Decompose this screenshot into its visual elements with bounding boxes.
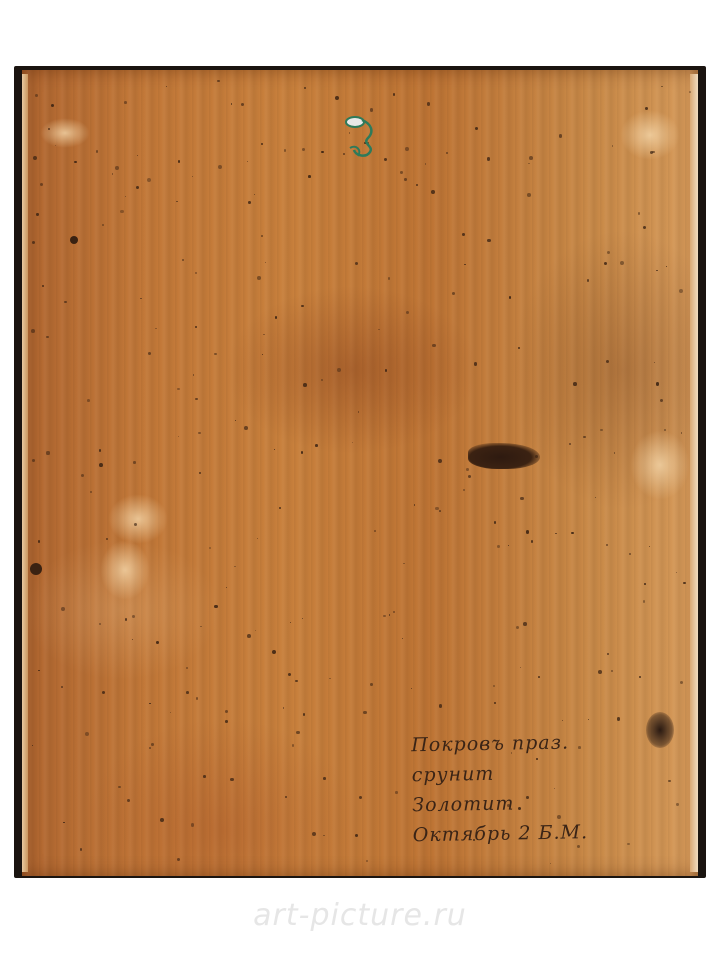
worn-patch	[630, 430, 690, 500]
wood-speck	[337, 368, 341, 372]
wood-speck	[132, 639, 133, 640]
wood-speck	[231, 103, 233, 105]
wood-speck	[555, 533, 557, 535]
wood-speck	[611, 670, 613, 672]
wood-speck	[400, 171, 402, 173]
dark-spot	[30, 563, 42, 575]
wood-speck	[312, 832, 316, 836]
wood-speck	[140, 298, 141, 299]
wood-speck	[388, 277, 390, 279]
wood-speck	[393, 93, 395, 95]
wood-speck	[374, 530, 376, 532]
wood-speck	[182, 259, 184, 261]
wood-speck	[643, 600, 645, 602]
wood-speck	[217, 80, 219, 82]
wood-speck	[308, 175, 311, 178]
wood-speck	[383, 615, 385, 617]
handwritten-inscription: Покровъ праз. срунит Золотит Октябрь 2 Б…	[411, 726, 673, 851]
wood-speck	[274, 449, 275, 450]
wood-speck	[209, 547, 211, 549]
wood-speck	[136, 186, 139, 189]
wood-speck	[689, 91, 691, 93]
wood-speck	[225, 720, 228, 723]
wood-speck	[681, 432, 683, 434]
wood-speck	[526, 530, 530, 534]
wood-speck	[466, 468, 469, 471]
worn-patch	[40, 118, 90, 148]
wood-speck	[427, 102, 430, 105]
wood-speck	[124, 101, 127, 104]
wood-speck	[214, 353, 217, 356]
wood-speck	[588, 719, 589, 720]
dark-stain	[468, 443, 540, 469]
wood-speck	[528, 163, 530, 165]
wood-speck	[115, 166, 119, 170]
wood-speck	[87, 399, 90, 402]
wood-speck	[106, 538, 108, 540]
wood-speck	[527, 193, 531, 197]
wood-speck	[404, 178, 407, 181]
wood-speck	[160, 818, 164, 822]
wood-speck	[90, 491, 92, 493]
wood-speck	[186, 667, 188, 669]
wood-speck	[523, 622, 527, 626]
wood-speck	[99, 463, 103, 467]
wood-speck	[604, 262, 607, 265]
wood-speck	[155, 328, 156, 329]
wood-speck	[80, 848, 82, 850]
wood-speck	[247, 634, 251, 638]
wood-speck	[617, 717, 621, 721]
wood-speck	[650, 151, 653, 154]
wood-speck	[529, 156, 533, 160]
wood-speck	[402, 638, 403, 639]
wood-speck	[120, 210, 123, 213]
wood-speck	[149, 703, 150, 704]
wood-speck	[452, 292, 455, 295]
wood-speck	[257, 276, 261, 280]
worn-patch	[100, 540, 150, 600]
wood-speck	[61, 607, 65, 611]
wood-speck	[46, 336, 49, 339]
wood-speck	[178, 160, 181, 163]
wood-speck	[199, 472, 200, 473]
wood-speck	[385, 369, 387, 371]
wood-speck	[248, 201, 251, 204]
panel-left-edge	[22, 74, 28, 872]
wood-speck	[61, 686, 63, 688]
wood-speck	[414, 504, 415, 505]
worn-patch	[108, 494, 168, 544]
wood-speck	[151, 743, 154, 746]
wood-speck	[32, 459, 35, 462]
inscription-line: Октябрь 2 Б.М.	[413, 816, 673, 851]
inscription-line: Золотит	[412, 786, 672, 821]
wire-hanger-icon	[340, 108, 390, 168]
wood-speck	[600, 429, 602, 431]
wood-speck	[99, 449, 101, 451]
wood-speck	[127, 799, 130, 802]
wood-speck	[315, 444, 318, 447]
wood-speck	[225, 710, 228, 713]
wood-speck	[191, 823, 194, 826]
wood-speck	[645, 107, 648, 110]
wood-speck	[177, 388, 179, 390]
wood-speck	[214, 605, 217, 608]
wood-speck	[38, 670, 39, 671]
wood-speck	[559, 134, 563, 138]
wood-speck	[355, 262, 358, 265]
wood-speck	[676, 572, 677, 573]
wood-speck	[520, 497, 523, 500]
wood-speck	[664, 429, 666, 431]
wood-speck	[196, 697, 198, 699]
wood-speck	[335, 96, 339, 100]
wood-speck	[137, 155, 138, 156]
wood-speck	[32, 241, 35, 244]
wood-speck	[203, 775, 206, 778]
wood-speck	[571, 532, 573, 534]
dark-spot	[70, 236, 78, 244]
wood-speck	[676, 803, 678, 805]
wood-speck	[46, 451, 49, 454]
wood-speck	[261, 235, 263, 237]
wood-speck	[195, 398, 197, 400]
wood-speck	[358, 411, 359, 412]
wood-speck	[355, 834, 358, 837]
wood-speck	[156, 641, 159, 644]
wood-speck	[639, 676, 641, 678]
wood-speck	[395, 791, 397, 793]
wood-speck	[638, 212, 640, 214]
wood-speck	[133, 461, 135, 463]
wood-speck	[265, 262, 266, 263]
wood-speck	[439, 510, 441, 512]
wood-speck	[612, 145, 613, 146]
wood-speck	[176, 201, 177, 202]
wood-speck	[370, 683, 373, 686]
wood-speck	[40, 183, 43, 186]
panel-right-edge	[690, 74, 698, 872]
wood-speck	[509, 296, 511, 298]
wood-speck	[323, 777, 326, 780]
wood-speck	[303, 383, 307, 387]
wood-speck	[102, 224, 103, 225]
wood-speck	[247, 161, 248, 162]
wood-speck	[33, 156, 37, 160]
wood-speck	[118, 786, 121, 789]
wood-speck	[149, 747, 151, 749]
watermark: art-picture.ru	[0, 898, 720, 933]
inscription-line: срунит	[411, 756, 671, 791]
wood-speck	[36, 213, 38, 215]
wood-speck	[620, 261, 624, 265]
wood-speck	[405, 147, 409, 151]
wood-speck	[285, 796, 287, 798]
wood-speck	[598, 670, 602, 674]
wood-speck	[74, 161, 76, 163]
wood-speck	[531, 540, 534, 543]
wood-speck	[102, 691, 105, 694]
wood-speck	[42, 285, 44, 287]
wood-speck	[261, 143, 263, 145]
wood-speck	[38, 540, 40, 542]
wood-speck	[200, 626, 201, 627]
wood-speck	[255, 630, 256, 631]
wood-speck	[301, 451, 303, 453]
wood-speck	[474, 362, 478, 366]
wood-speck	[48, 128, 50, 130]
inscription-line: Покровъ праз.	[411, 726, 671, 761]
wood-speck	[438, 459, 442, 463]
wood-speck	[656, 382, 660, 386]
wood-speck	[607, 251, 610, 254]
wood-speck	[81, 474, 84, 477]
wood-speck	[132, 615, 135, 618]
wood-speck	[538, 676, 540, 678]
wood-speck	[284, 149, 287, 152]
wood-speck	[573, 382, 577, 386]
wood-speck	[431, 190, 435, 194]
